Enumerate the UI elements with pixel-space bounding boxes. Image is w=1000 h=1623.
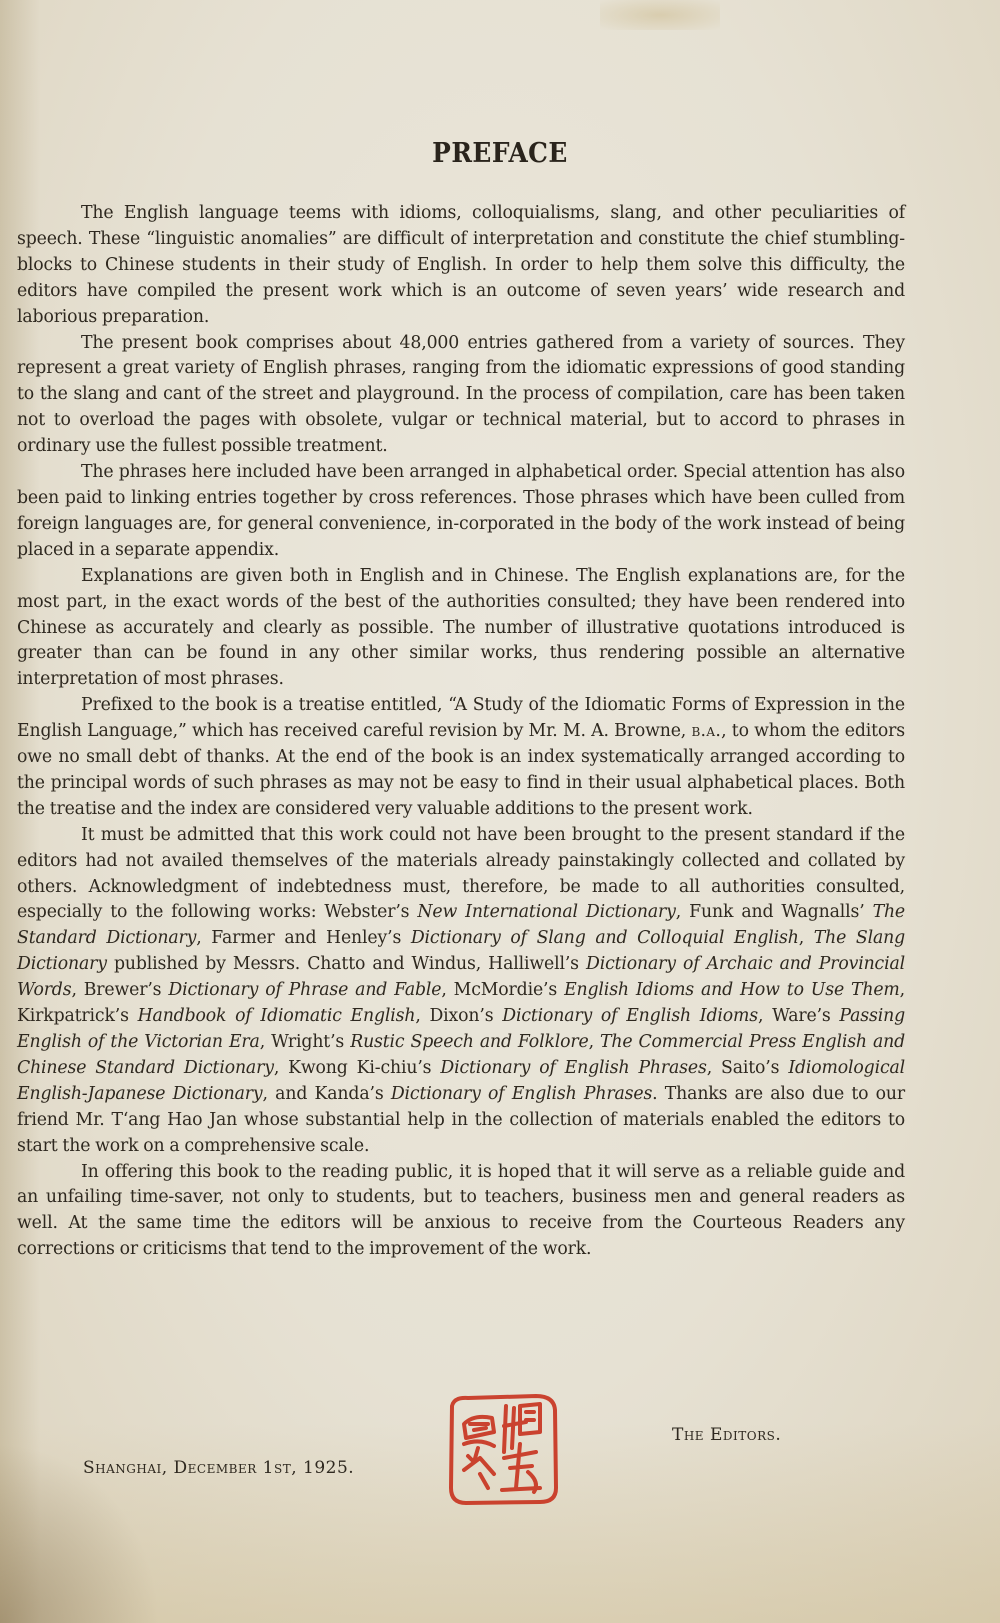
paragraph: The phrases here included have been arra… <box>17 460 905 564</box>
paragraph: Prefixed to the book is a treatise entit… <box>17 693 905 823</box>
paragraph-text: , Farmer and Henley’s <box>196 928 411 948</box>
paragraph: The present book comprises about 48,000 … <box>17 331 905 461</box>
paragraph-text: In offering this book to the reading pub… <box>17 1162 905 1260</box>
work-title: Dictionary of English Phrases <box>391 1084 652 1104</box>
work-title: Rustic Speech and Folklore <box>350 1032 588 1052</box>
degree-abbrev: b.a. <box>691 721 721 741</box>
paragraph-text: The phrases here included have been arra… <box>17 462 905 560</box>
paragraph-text: , McMordie’s <box>441 980 564 1000</box>
paragraph: In offering this book to the reading pub… <box>17 1160 905 1264</box>
page-title: PREFACE <box>40 138 960 169</box>
paragraph-text: , Brewer’s <box>71 980 168 1000</box>
paragraph-text: Explanations are given both in English a… <box>17 566 905 690</box>
signature-editors: The Editors. <box>672 1425 781 1445</box>
paragraph-text: published by Messrs. Chatto and Windus, … <box>107 954 586 974</box>
work-title: Dictionary of Phrase and Fable <box>168 980 441 1000</box>
work-title: Dictionary of English Phrases <box>440 1058 706 1078</box>
paragraph-text: The English language teems with idioms, … <box>17 203 905 327</box>
work-title: English Idioms and How to Use Them <box>564 980 900 1000</box>
preface-body: The English language teems with idioms, … <box>17 201 905 1263</box>
paragraph-text: The present book comprises about 48,000 … <box>17 333 905 457</box>
work-title: Handbook of Idiomatic English <box>138 1006 416 1026</box>
paragraph-text: , <box>589 1032 600 1052</box>
paragraph-text: , and Kanda’s <box>263 1084 391 1104</box>
paragraph: Explanations are given both in English a… <box>17 564 905 694</box>
paragraph-text: , Dixon’s <box>415 1006 502 1026</box>
paragraph-text: , Kwong Ki-chiu’s <box>274 1058 441 1078</box>
paragraph-text: , Funk and Wagnalls’ <box>676 902 873 922</box>
paragraph: The English language teems with idioms, … <box>17 201 905 331</box>
paragraph-text: , Saito’s <box>707 1058 789 1078</box>
book-page: PREFACE The English language teems with … <box>0 0 1000 1623</box>
paragraph-text: , Ware’s <box>758 1006 839 1026</box>
paper-stain <box>600 0 720 30</box>
work-title: Dictionary of Slang and Colloquial Engli… <box>411 928 799 948</box>
seal-stamp-icon <box>444 1392 562 1508</box>
paragraph: It must be admitted that this work could… <box>17 823 905 1160</box>
dateline: Shanghai, December 1st, 1925. <box>83 1458 354 1478</box>
work-title: New International Dictionary <box>417 902 675 922</box>
paragraph-text: , <box>799 928 814 948</box>
work-title: Dictionary of English Idioms <box>502 1006 758 1026</box>
paragraph-text: , Wright’s <box>260 1032 351 1052</box>
